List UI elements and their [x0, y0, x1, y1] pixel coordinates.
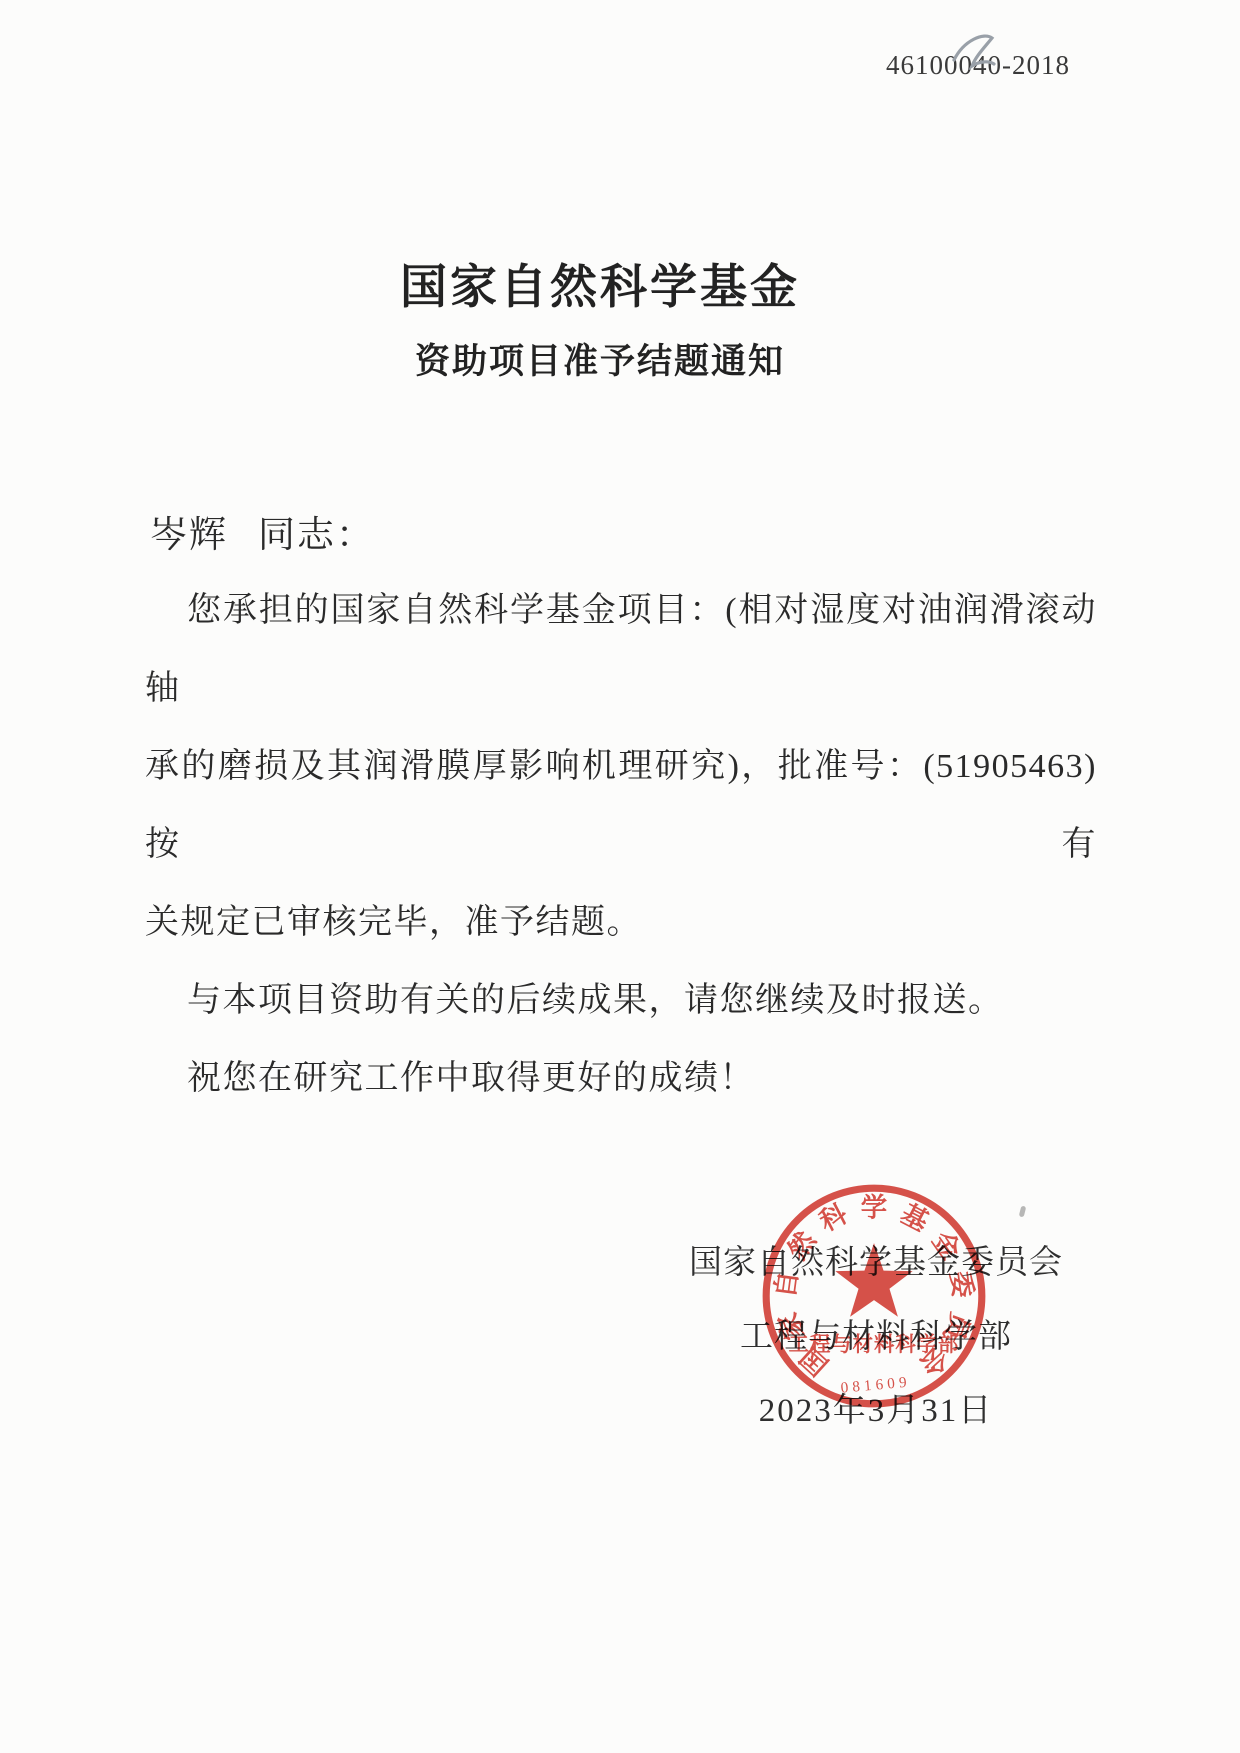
svg-text:科: 科 — [815, 1198, 853, 1237]
recipient-name: 岑辉 — [150, 515, 228, 556]
letter-title: 国家自然科学基金 — [0, 250, 1200, 317]
letter-body: 您承担的国家自然科学基金项目：(相对湿度对油润滑滚动轴 承的磨损及其润滑膜厚影响… — [145, 572, 1097, 1118]
svg-text:基: 基 — [896, 1198, 934, 1237]
body-line: 关规定已审核完毕，准予结题。 — [145, 884, 1097, 962]
svg-text:学: 学 — [861, 1193, 888, 1223]
scan-artifact-mark — [1019, 1206, 1027, 1218]
signature-block: 国家自然科学基金委员会 工程与材料科学部 2023年3月31日 — [620, 1236, 1132, 1458]
body-line: 与本项目资助有关的后续成果，请您继续及时报送。 — [145, 962, 1097, 1040]
letter-subtitle: 资助项目准予结题通知 — [0, 334, 1200, 384]
body-line: 祝您在研究工作中取得更好的成绩！ — [145, 1040, 1097, 1118]
salutation: 岑辉同志： — [150, 504, 375, 558]
signature-org: 国家自然科学基金委员会 — [620, 1236, 1132, 1283]
handwritten-mark-icon — [948, 26, 1018, 78]
letter-page: 46100040-2018 国家自然科学基金 资助项目准予结题通知 岑辉同志： … — [0, 0, 1240, 1753]
salutation-suffix: 同志： — [258, 515, 375, 556]
body-line: 承的磨损及其润滑膜厚影响机理研究)，批准号：(51905463)按有 — [145, 728, 1097, 884]
signature-date: 2023年3月31日 — [620, 1384, 1132, 1431]
body-line: 您承担的国家自然科学基金项目：(相对湿度对油润滑滚动轴 — [145, 572, 1097, 728]
signature-dept: 工程与材料科学部 — [620, 1310, 1132, 1357]
